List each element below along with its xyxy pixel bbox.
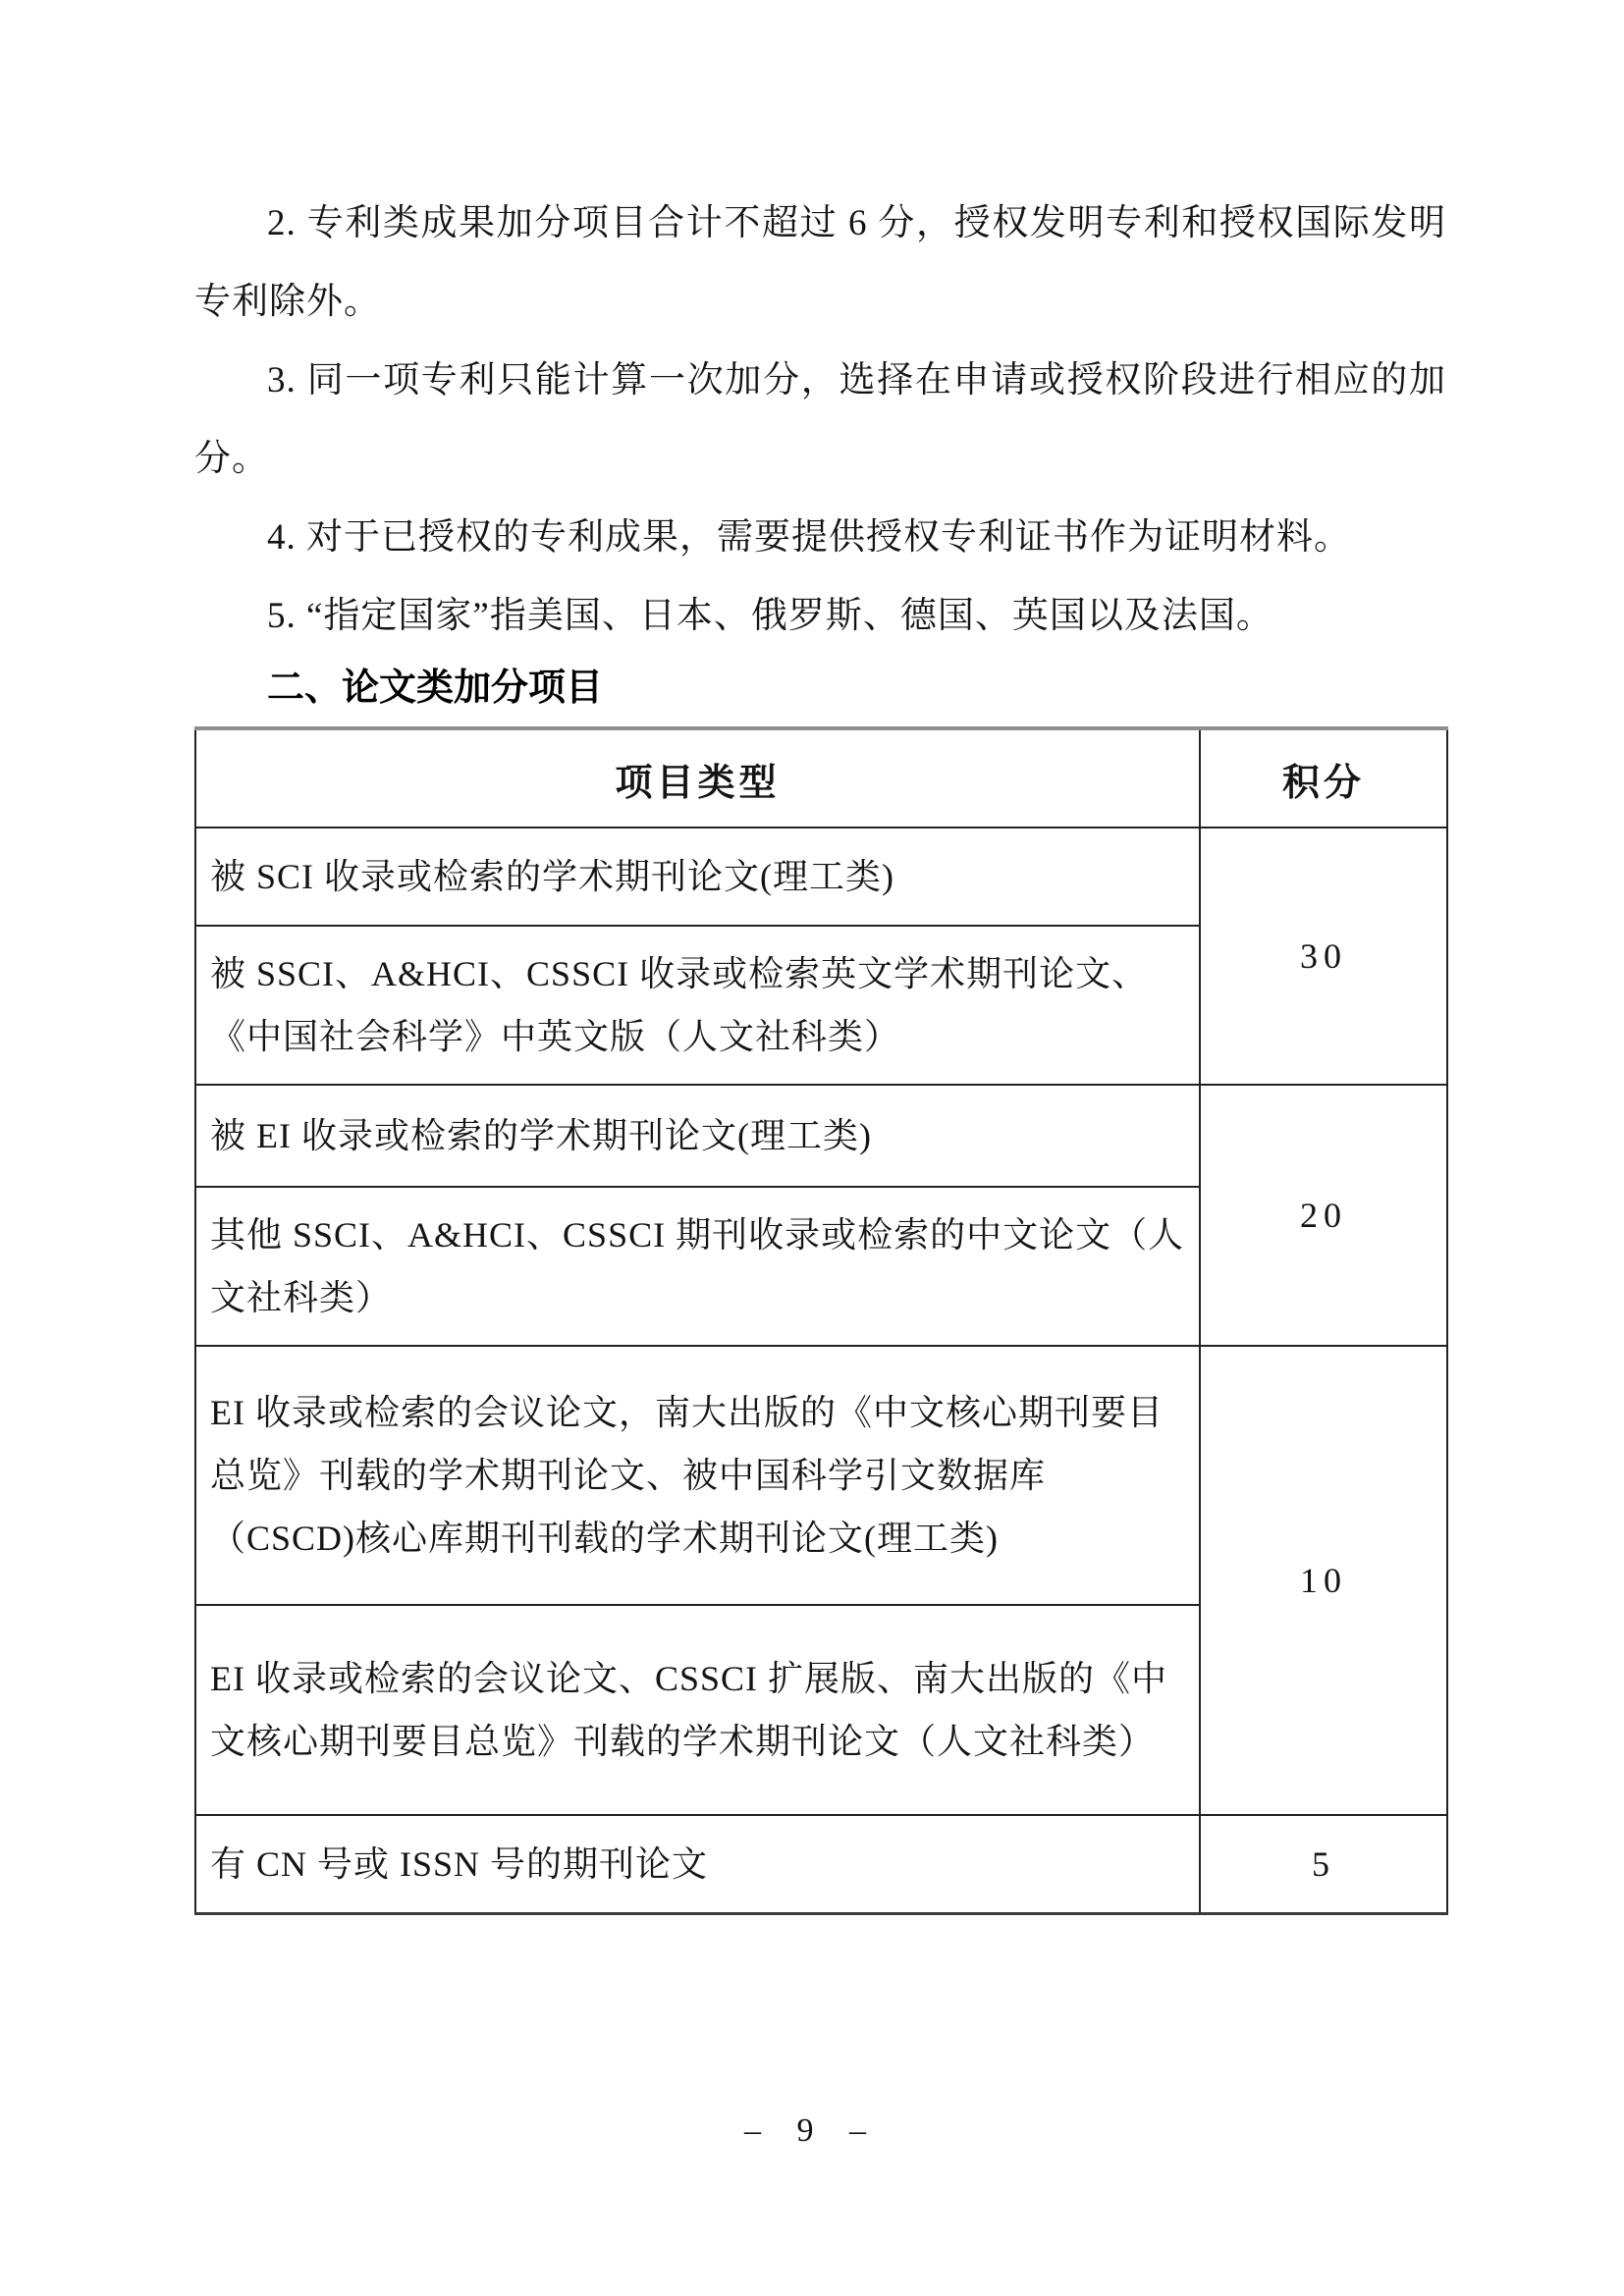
column-header-score: 积分 (1200, 728, 1447, 828)
table-row: 被 SCI 收录或检索的学术期刊论文(理工类)30 (195, 828, 1447, 926)
score-cell: 20 (1200, 1085, 1447, 1346)
table-row: 有 CN 号或 ISSN 号的期刊论文5 (195, 1815, 1447, 1914)
item-type-cell: EI 收录或检索的会议论文、CSSCI 扩展版、南大出版的《中文核心期刊要目总览… (195, 1605, 1200, 1815)
document-page: 2. 专利类成果加分项目合计不超过 6 分，授权发明专利和授权国际发明专利除外。… (0, 0, 1624, 2296)
item-type-cell: 其他 SSCI、A&HCI、CSSCI 期刊收录或检索的中文论文（人文社科类） (195, 1187, 1200, 1346)
column-header-item-type: 项目类型 (195, 728, 1200, 828)
item-type-cell: EI 收录或检索的会议论文，南大出版的《中文核心期刊要目总览》刊载的学术期刊论文… (195, 1346, 1200, 1605)
table-header-row: 项目类型 积分 (195, 728, 1447, 828)
score-table-head: 项目类型 积分 (195, 728, 1447, 828)
score-cell: 5 (1200, 1815, 1447, 1914)
table-row: 被 EI 收录或检索的学术期刊论文(理工类)20 (195, 1085, 1447, 1187)
score-cell: 30 (1200, 828, 1447, 1085)
item-type-cell: 被 EI 收录或检索的学术期刊论文(理工类) (195, 1085, 1200, 1187)
paragraph-patent-rule-5: 5. “指定国家”指美国、日本、俄罗斯、德国、英国以及法国。 (194, 577, 1446, 656)
page-content: 2. 专利类成果加分项目合计不超过 6 分，授权发明专利和授权国际发明专利除外。… (194, 185, 1446, 1915)
paragraph-patent-rule-3: 3. 同一项专利只能计算一次加分，选择在申请或授权阶段进行相应的加分。 (194, 342, 1446, 499)
paragraph-patent-rule-2: 2. 专利类成果加分项目合计不超过 6 分，授权发明专利和授权国际发明专利除外。 (194, 185, 1446, 342)
item-type-cell: 有 CN 号或 ISSN 号的期刊论文 (195, 1815, 1200, 1914)
table-row: EI 收录或检索的会议论文，南大出版的《中文核心期刊要目总览》刊载的学术期刊论文… (195, 1346, 1447, 1605)
item-type-cell: 被 SCI 收录或检索的学术期刊论文(理工类) (195, 828, 1200, 926)
page-number: – 9 – (0, 2112, 1624, 2150)
paragraph-patent-rule-4: 4. 对于已授权的专利成果，需要提供授权专利证书作为证明材料。 (194, 499, 1446, 577)
item-type-cell: 被 SSCI、A&HCI、CSSCI 收录或检索英文学术期刊论文、《中国社会科学… (195, 926, 1200, 1085)
section-heading-paper-bonus: 二、论文类加分项目 (194, 656, 1446, 721)
score-cell: 10 (1200, 1346, 1447, 1815)
paper-score-table: 项目类型 积分 被 SCI 收录或检索的学术期刊论文(理工类)30被 SSCI、… (194, 726, 1448, 1915)
score-table-body: 被 SCI 收录或检索的学术期刊论文(理工类)30被 SSCI、A&HCI、CS… (195, 828, 1447, 1914)
